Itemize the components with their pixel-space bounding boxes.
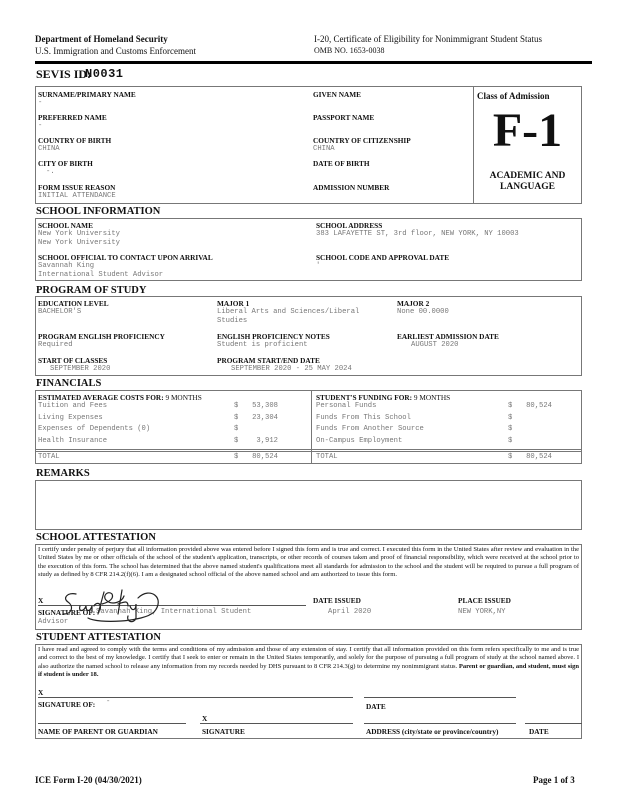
form-issue-reason-value: INITIAL ATTENDANCE	[38, 192, 116, 201]
funding-currency: $	[508, 437, 512, 446]
program-dates-value: SEPTEMBER 2020 - 25 MAY 2024	[231, 365, 352, 374]
surname-value: -	[38, 99, 42, 108]
major1-line2: Studies	[217, 317, 247, 326]
school-official-title: International Student Advisor	[38, 271, 163, 280]
proficiency-notes-label: ENGLISH PROFICIENCY NOTES	[217, 332, 330, 341]
class-of-admission-value: F-1	[474, 103, 581, 159]
major2-value: None 00.0000	[397, 308, 449, 317]
school-attestation-title: SCHOOL ATTESTATION	[36, 532, 156, 544]
funding-header: STUDENT'S FUNDING FOR: 9 MONTHS	[316, 393, 450, 402]
costs-item: Living Expenses	[38, 414, 103, 423]
remarks-box	[35, 480, 582, 530]
remarks-value	[36, 481, 581, 485]
student-signature-label: SIGNATURE OF:	[38, 700, 95, 709]
admission-number-label: ADMISSION NUMBER	[313, 183, 389, 192]
parent-name-line	[38, 723, 186, 724]
form-issue-reason-label: FORM ISSUE REASON	[38, 183, 115, 192]
place-issued-label: PLACE ISSUED	[458, 596, 511, 605]
student-date-label: DATE	[366, 702, 386, 711]
school-name-line2: New York University	[38, 239, 120, 248]
student-attestation-title: STUDENT ATTESTATION	[36, 632, 161, 644]
handwritten-signature	[58, 584, 168, 624]
school-address-label: SCHOOL ADDRESS	[316, 221, 382, 230]
costs-amount: 23,304	[242, 414, 278, 423]
remarks-title: REMARKS	[36, 468, 90, 480]
funding-total-currency: $	[508, 453, 512, 462]
costs-amount: 53,308	[242, 402, 278, 411]
citizenship-value: CHINA	[313, 145, 335, 154]
place-issued-value: NEW YORK,NY	[458, 608, 505, 617]
parent-date-line	[525, 723, 582, 724]
parent-x-mark: X	[202, 714, 207, 723]
parent-signature-label: SIGNATURE	[202, 727, 245, 736]
school-official-label: SCHOOL OFFICIAL TO CONTACT UPON ARRIVAL	[38, 253, 213, 262]
costs-currency: $	[234, 414, 238, 423]
funding-amount: 80,524	[516, 402, 552, 411]
costs-item: Health Insurance	[38, 437, 107, 446]
funding-item: Funds From This School	[316, 414, 411, 423]
class-of-admission-label: Class of Admission	[477, 91, 550, 101]
earliest-admission-label: EARLIEST ADMISSION DATE	[397, 332, 499, 341]
school-name-line1: New York University	[38, 230, 120, 239]
english-proficiency-label: PROGRAM ENGLISH PROFICIENCY	[38, 332, 165, 341]
costs-currency: $	[234, 402, 238, 411]
costs-amount: 3,912	[242, 437, 278, 446]
costs-currency: $	[234, 437, 238, 446]
funding-currency: $	[508, 402, 512, 411]
start-of-classes-label: START OF CLASSES	[38, 356, 107, 365]
earliest-admission-value: AUGUST 2020	[411, 341, 458, 350]
passport-name-label: PASSPORT NAME	[313, 113, 374, 122]
date-of-birth-label: DATE OF BIRTH	[313, 159, 370, 168]
school-name-label: SCHOOL NAME	[38, 221, 93, 230]
funding-total-amount: 80,524	[516, 453, 552, 462]
parent-address-line	[364, 723, 516, 724]
preferred-name-label: PREFERRED NAME	[38, 113, 107, 122]
student-date-line	[364, 697, 516, 698]
class-of-admission-box: Class of Admission F-1 ACADEMIC AND LANG…	[473, 86, 582, 204]
costs-item: Expenses of Dependents (0)	[38, 425, 150, 434]
funding-total-label: TOTAL	[316, 453, 338, 462]
parent-name-label: NAME OF PARENT OR GUARDIAN	[38, 727, 158, 736]
school-official-name: Savannah King	[38, 262, 94, 271]
parent-address-label: ADDRESS (city/state or province/country)	[366, 727, 498, 736]
start-of-classes-value: SEPTEMBER 2020	[50, 365, 110, 374]
footer-form-id: ICE Form I-20 (04/30/2021)	[35, 775, 142, 785]
funding-item: Funds From Another Source	[316, 425, 424, 434]
major1-line1: Liberal Arts and Sciences/Liberal	[217, 308, 359, 317]
school-info-title: SCHOOL INFORMATION	[36, 206, 160, 218]
costs-currency: $	[234, 425, 238, 434]
student-x-mark: X	[38, 688, 43, 697]
school-address-value: 383 LAFAYETTE ST, 3rd floor, NEW YORK, N…	[316, 230, 519, 239]
major2-label: MAJOR 2	[397, 299, 429, 308]
english-proficiency-value: Required	[38, 341, 73, 350]
financials-title: FINANCIALS	[36, 378, 101, 390]
date-issued-label: DATE ISSUED	[313, 596, 361, 605]
costs-label: ESTIMATED AVERAGE COSTS FOR:	[38, 393, 164, 402]
major1-label: MAJOR 1	[217, 299, 249, 308]
costs-item: Tuition and Fees	[38, 402, 107, 411]
funding-item: Personal Funds	[316, 402, 376, 411]
funding-label: STUDENT'S FUNDING FOR:	[316, 393, 412, 402]
costs-total-amount: 80,524	[242, 453, 278, 462]
country-of-birth-value: CHINA	[38, 145, 60, 154]
preferred-name-value: -	[38, 122, 42, 131]
sevis-id: N0031	[85, 67, 124, 81]
costs-header: ESTIMATED AVERAGE COSTS FOR: 9 MONTHS	[38, 393, 202, 402]
class-of-admission-line1: ACADEMIC AND	[474, 171, 581, 181]
education-level-label: EDUCATION LEVEL	[38, 299, 109, 308]
subagency-name: U.S. Immigration and Customs Enforcement	[35, 46, 196, 56]
school-code-value: '	[316, 262, 320, 271]
costs-total-label: TOTAL	[38, 453, 60, 462]
surname-label: SURNAME/PRIMARY NAME	[38, 90, 136, 99]
school-attestation-text: I certify under penalty of perjury that …	[38, 546, 579, 579]
country-of-birth-label: COUNTRY OF BIRTH	[38, 136, 111, 145]
form-title: I-20, Certificate of Eligibility for Non…	[314, 34, 542, 44]
education-level-value: BACHELOR'S	[38, 308, 81, 317]
city-of-birth-value: -.	[46, 168, 55, 177]
funding-item: On-Campus Employment	[316, 437, 402, 446]
student-attestation-text: I have read and agreed to comply with th…	[38, 646, 579, 679]
program-dates-label: PROGRAM START/END DATE	[217, 356, 320, 365]
costs-total-currency: $	[234, 453, 238, 462]
given-name-label: GIVEN NAME	[313, 90, 361, 99]
funding-currency: $	[508, 414, 512, 423]
costs-period: 9 MONTHS	[164, 393, 202, 402]
costs-total-rule	[35, 449, 582, 452]
student-signature-value: -	[106, 698, 110, 707]
student-signature-line	[38, 697, 353, 698]
school-x-mark: X	[38, 596, 43, 605]
footer-page-number: Page 1 of 3	[533, 775, 575, 785]
parent-date-label: DATE	[529, 727, 549, 736]
header-rule	[35, 61, 592, 64]
parent-signature-line	[200, 723, 353, 724]
sevis-label: SEVIS ID:	[36, 67, 91, 82]
funding-currency: $	[508, 425, 512, 434]
agency-name: Department of Homeland Security	[35, 34, 168, 44]
proficiency-notes-value: Student is proficient	[217, 341, 308, 350]
funding-period: 9 MONTHS	[412, 393, 450, 402]
citizenship-label: COUNTRY OF CITIZENSHIP	[313, 136, 411, 145]
date-issued-value: April 2020	[328, 608, 371, 617]
class-of-admission-line2: LANGUAGE	[474, 182, 581, 192]
city-of-birth-label: CITY OF BIRTH	[38, 159, 93, 168]
omb-number: OMB NO. 1653-0038	[314, 46, 384, 55]
school-code-label: SCHOOL CODE AND APPROVAL DATE	[316, 253, 449, 262]
